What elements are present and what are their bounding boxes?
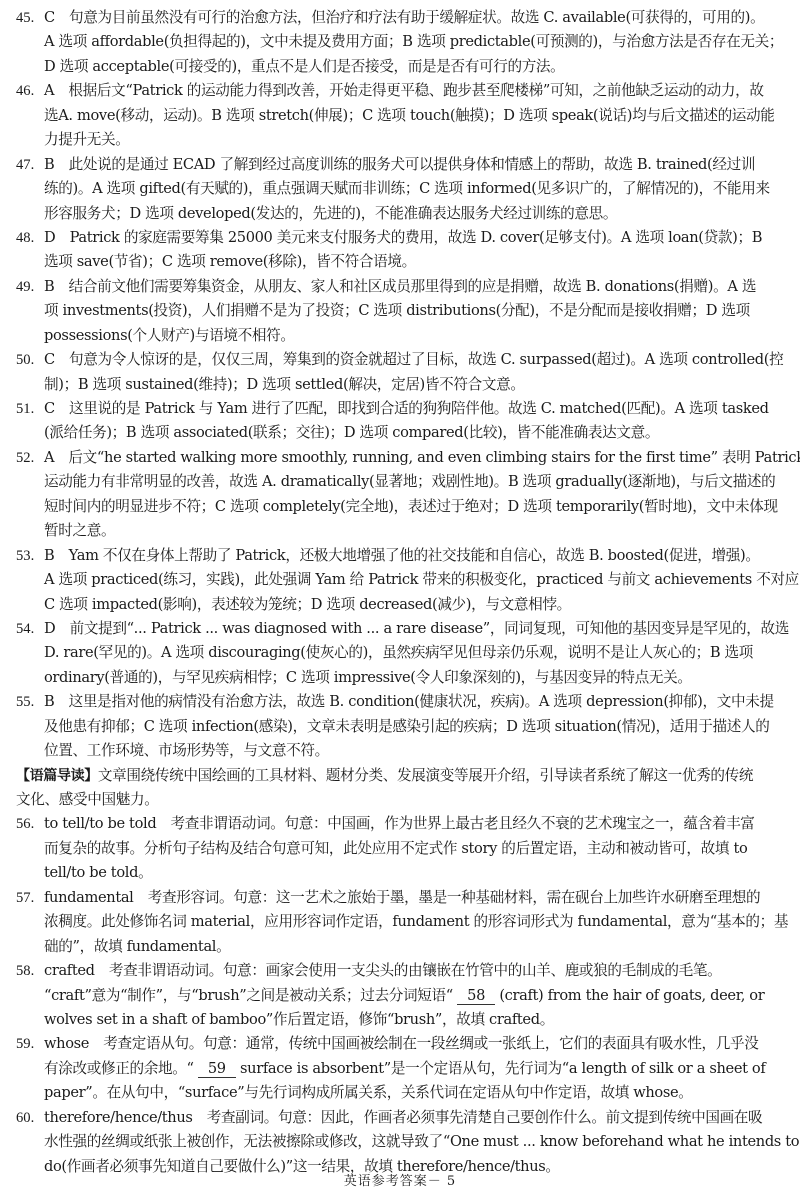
passage-guide-text: 文章围绕传统中国绘画的工具材料、题材分类、发展演变等展开介绍，引导读者系统了解这… (98, 767, 753, 784)
item-text: A 选项 practiced(练习，实践)，此处强调 Yam 给 Patrick… (44, 568, 788, 592)
item-text: “craft”意为“制作”，与“brush”之间是被动关系；过去分词短语“ 58… (44, 984, 788, 1008)
item-text: 练的)。A 选项 gifted(有天赋的)，重点强调天赋而非训练；C 选项 in… (44, 177, 788, 201)
item-number: 45. (16, 6, 34, 30)
item-text: 位置、工作环境、市场形势等，与文意不符。 (44, 739, 788, 763)
item-text: C 这里说的是 Patrick 与 Yam 进行了匹配，即找到合适的狗狗陪伴他。… (44, 397, 788, 421)
answer-item-56: 56.to tell/to be told 考查非谓语动词。句意：中国画，作为世… (0, 812, 800, 885)
item-text: 水性强的丝绸或纸张上被创作，无法被擦除或修改，这就导致了“One must ..… (44, 1130, 788, 1154)
item-text: A 根据后文“Patrick 的运动能力得到改善，开始走得更平稳、跑步甚至爬楼梯… (44, 79, 788, 103)
item-text: 运动能力有非常明显的改善，故选 A. dramatically(显著地；戏剧性地… (44, 470, 788, 494)
item-text: fundamental 考查形容词。句意：这一艺术之旅始于墨，墨是一种基础材料，… (44, 886, 788, 910)
answer-item-51: 51.C 这里说的是 Patrick 与 Yam 进行了匹配，即找到合适的狗狗陪… (0, 397, 800, 446)
item-text: therefore/hence/thus 考查副词。句意：因此，作画者必须事先清… (44, 1106, 788, 1130)
item-text: D 选项 acceptable(可接受的)，重点不是人们是否接受，而是是否有可行… (44, 55, 788, 79)
answer-item-45: 45.C 句意为目前虽然没有可行的治愈方法，但治疗和疗法有助于缓解症状。故选 C… (0, 6, 800, 79)
item-text: 而复杂的故事。分析句子结构及结合句意可知，此处应用不定式作 story 的后置定… (44, 837, 788, 861)
answer-page: 45.C 句意为目前虽然没有可行的治愈方法，但治疗和疗法有助于缓解症状。故选 C… (0, 6, 800, 1179)
item-text: 暂时之意。 (44, 519, 788, 543)
item-text: B 结合前文他们需要筹集资金，从朋友、家人和社区成员那里得到的应是捐赠，故选 B… (44, 275, 788, 299)
answer-item-49: 49.B 结合前文他们需要筹集资金，从朋友、家人和社区成员那里得到的应是捐赠，故… (0, 275, 800, 348)
answer-item-54: 54.D 前文提到“... Patrick ... was diagnosed … (0, 617, 800, 690)
item-number: 53. (16, 544, 34, 568)
answer-item-60: 60.therefore/hence/thus 考查副词。句意：因此，作画者必须… (0, 1106, 800, 1179)
item-number: 52. (16, 446, 34, 470)
item-text: wolves set in a shaft of bamboo”作后置定语，修饰… (44, 1008, 788, 1032)
item-text: whose 考查定语从句。句意：通常，传统中国画被绘制在一段丝绸或一张纸上，它们… (44, 1032, 788, 1056)
answer-item-46: 46.A 根据后文“Patrick 的运动能力得到改善，开始走得更平稳、跑步甚至… (0, 79, 800, 152)
item-number: 59. (16, 1032, 34, 1056)
item-text: 制)；B 选项 sustained(维持)；D 选项 settled(解决，定居… (44, 373, 788, 397)
answer-item-57: 57.fundamental 考查形容词。句意：这一艺术之旅始于墨，墨是一种基础… (0, 886, 800, 959)
answer-item-55: 55.B 这里是指对他的病情没有治愈方法，故选 B. condition(健康状… (0, 690, 800, 763)
passage-guide-tag: 【语篇导读】 (16, 768, 98, 784)
item-text: crafted 考查非谓语动词。句意：画家会使用一支尖头的由镶嵌在竹管中的山羊、… (44, 959, 788, 983)
item-text: 有涂改或修正的余地。“ 59 surface is absorbent”是一个定… (44, 1057, 788, 1081)
item-text: B 此处说的是通过 ECAD 了解到经过高度训练的服务犬可以提供身体和情感上的帮… (44, 153, 788, 177)
blank-number: 59 (198, 1061, 236, 1078)
item-number: 57. (16, 886, 34, 910)
item-text: B 这里是指对他的病情没有治愈方法，故选 B. condition(健康状况，疾… (44, 690, 788, 714)
item-number: 50. (16, 348, 34, 372)
item-text: tell/to be told。 (44, 861, 788, 885)
item-text: 力提升无关。 (44, 128, 788, 152)
item-text: A 后文“he started walking more smoothly, r… (44, 446, 788, 470)
item-text: (派给任务)；B 选项 associated(联系；交往)；D 选项 compa… (44, 421, 788, 445)
item-number: 54. (16, 617, 34, 641)
item-number: 55. (16, 690, 34, 714)
item-text: D 前文提到“... Patrick ... was diagnosed wit… (44, 617, 788, 641)
item-text: 选A. move(移动，运动)。B 选项 stretch(伸展)；C 选项 to… (44, 104, 788, 128)
item-number: 56. (16, 812, 34, 836)
answer-item-58: 58.crafted 考查非谓语动词。句意：画家会使用一支尖头的由镶嵌在竹管中的… (0, 959, 800, 1032)
item-text: C 选项 impacted(影响)，表述较为笼统；D 选项 decreased(… (44, 593, 788, 617)
item-text: 及他患有抑郁；C 选项 infection(感染)，文章未表明是感染引起的疾病；… (44, 715, 788, 739)
item-text: 形容服务犬；D 选项 developed(发达的，先进的)，不能准确表达服务犬经… (44, 202, 788, 226)
item-text: C 句意为目前虽然没有可行的治愈方法，但治疗和疗法有助于缓解症状。故选 C. a… (44, 6, 788, 30)
answer-item-47: 47.B 此处说的是通过 ECAD 了解到经过高度训练的服务犬可以提供身体和情感… (0, 153, 800, 226)
page-footer: 英语参考答案－ 5 (0, 1170, 800, 1189)
item-text: ordinary(普通的)，与罕见疾病相悖；C 选项 impressive(令人… (44, 666, 788, 690)
item-text: paper”。在从句中，“surface”与先行词构成所属关系，关系代词在定语从… (44, 1081, 788, 1105)
passage-guide-text: 文化、感受中国魅力。 (16, 788, 788, 812)
item-number: 48. (16, 226, 34, 250)
answer-item-52: 52.A 后文“he started walking more smoothly… (0, 446, 800, 544)
answer-item-53: 53.B Yam 不仅在身体上帮助了 Patrick，还极大地增强了他的社交技能… (0, 544, 800, 617)
passage-guide: 【语篇导读】文章围绕传统中国绘画的工具材料、题材分类、发展演变等展开介绍，引导读… (0, 764, 800, 813)
answer-item-48: 48.D Patrick 的家庭需要筹集 25000 美元来支付服务犬的费用，故… (0, 226, 800, 275)
item-text: A 选项 affordable(负担得起的)，文中未提及费用方面；B 选项 pr… (44, 30, 788, 54)
item-text: 础的”，故填 fundamental。 (44, 935, 788, 959)
item-text: 选项 save(节省)；C 选项 remove(移除)，皆不符合语境。 (44, 250, 788, 274)
item-number: 49. (16, 275, 34, 299)
item-text: D. rare(罕见的)。A 选项 discouraging(使灰心的)，虽然疾… (44, 641, 788, 665)
item-number: 47. (16, 153, 34, 177)
item-text: possessions(个人财产)与语境不相符。 (44, 324, 788, 348)
item-text: C 句意为令人惊讶的是，仅仅三周，筹集到的资金就超过了目标，故选 C. surp… (44, 348, 788, 372)
item-number: 60. (16, 1106, 34, 1130)
answer-item-59: 59.whose 考查定语从句。句意：通常，传统中国画被绘制在一段丝绸或一张纸上… (0, 1032, 800, 1105)
item-text: D Patrick 的家庭需要筹集 25000 美元来支付服务犬的费用，故选 D… (44, 226, 788, 250)
item-number: 51. (16, 397, 34, 421)
item-text: 浓稠度。此处修饰名词 material，应用形容词作定语，fundament 的… (44, 910, 788, 934)
item-number: 46. (16, 79, 34, 103)
blank-number: 58 (457, 988, 495, 1005)
item-text: 项 investments(投资)，人们捐赠不是为了投资；C 选项 distri… (44, 299, 788, 323)
item-text: B Yam 不仅在身体上帮助了 Patrick，还极大地增强了他的社交技能和自信… (44, 544, 788, 568)
answer-item-50: 50.C 句意为令人惊讶的是，仅仅三周，筹集到的资金就超过了目标，故选 C. s… (0, 348, 800, 397)
item-number: 58. (16, 959, 34, 983)
item-text: 短时间内的明显进步不符；C 选项 completely(完全地)，表述过于绝对；… (44, 495, 788, 519)
item-text: to tell/to be told 考查非谓语动词。句意：中国画，作为世界上最… (44, 812, 788, 836)
